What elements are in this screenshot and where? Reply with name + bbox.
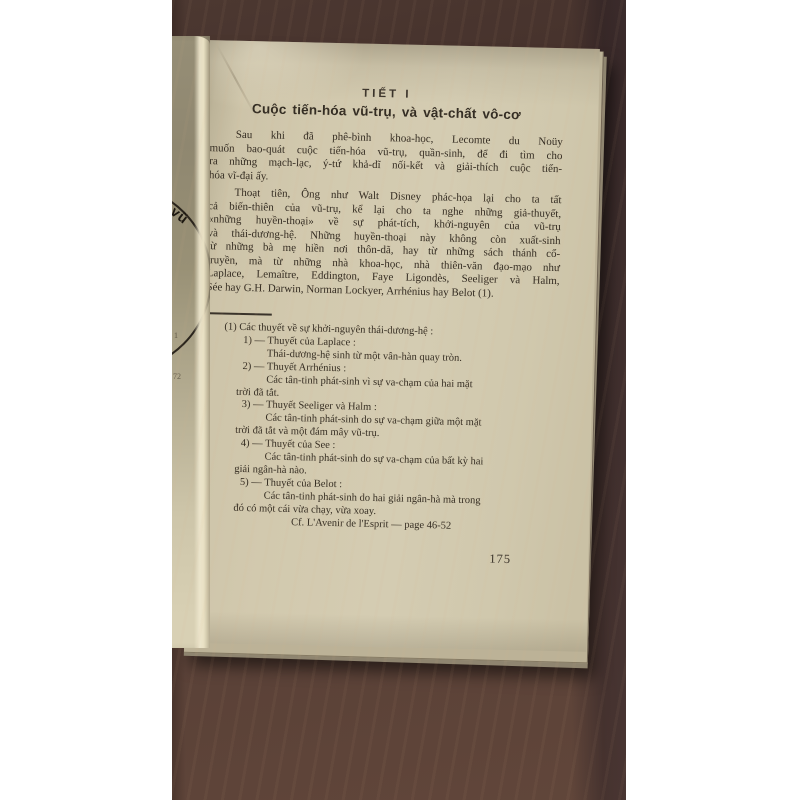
page-number: 175: [489, 552, 511, 567]
chapter-title: Cuộc tiến-hóa vũ-trụ, và vật-chất vô-cơ: [210, 100, 562, 123]
page-curl-highlight: [194, 36, 210, 648]
footnote-block: (1) Các thuyết về sự khởi-nguyên thái-dư…: [201, 321, 556, 535]
footnote-separator: [204, 312, 272, 316]
paragraph-2: Thoạt tiên, Ông như Walt Disney phác-họa…: [206, 186, 561, 302]
book-photo: TIẾT I Cuộc tiến-hóa vũ-trụ, và vật-chất…: [172, 0, 626, 800]
fragment-mark: 72: [173, 372, 181, 381]
fragment-mark: 1: [174, 331, 178, 340]
book-page: TIẾT I Cuộc tiến-hóa vũ-trụ, và vật-chất…: [190, 40, 600, 652]
previous-page-fragment: óa vũquần 1 72: [172, 36, 210, 648]
paragraph-1: Sau khi đã phê-bình khoa-học, Lecomte du…: [209, 128, 563, 190]
